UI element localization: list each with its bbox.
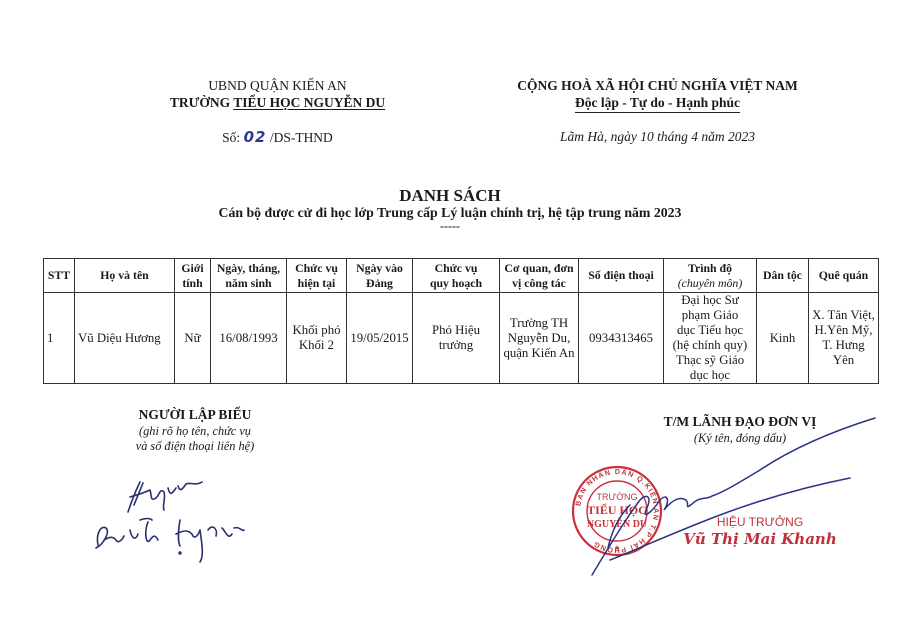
official-stamp-icon: BAN NHÂN DÂN Q.KIẾN AN T.P HẢI PHÒNG TRƯ…: [573, 467, 661, 555]
principal-role: HIỆU TRƯỞNG: [700, 515, 820, 529]
svg-text:★: ★: [614, 544, 620, 552]
svg-text:TRƯỜNG: TRƯỜNG: [597, 492, 638, 502]
preparer-signature-icon: [96, 482, 244, 562]
principal-name: Vũ Thị Mai Khanh: [670, 530, 850, 548]
svg-text:TIỂU HỌC: TIỂU HỌC: [587, 502, 647, 517]
